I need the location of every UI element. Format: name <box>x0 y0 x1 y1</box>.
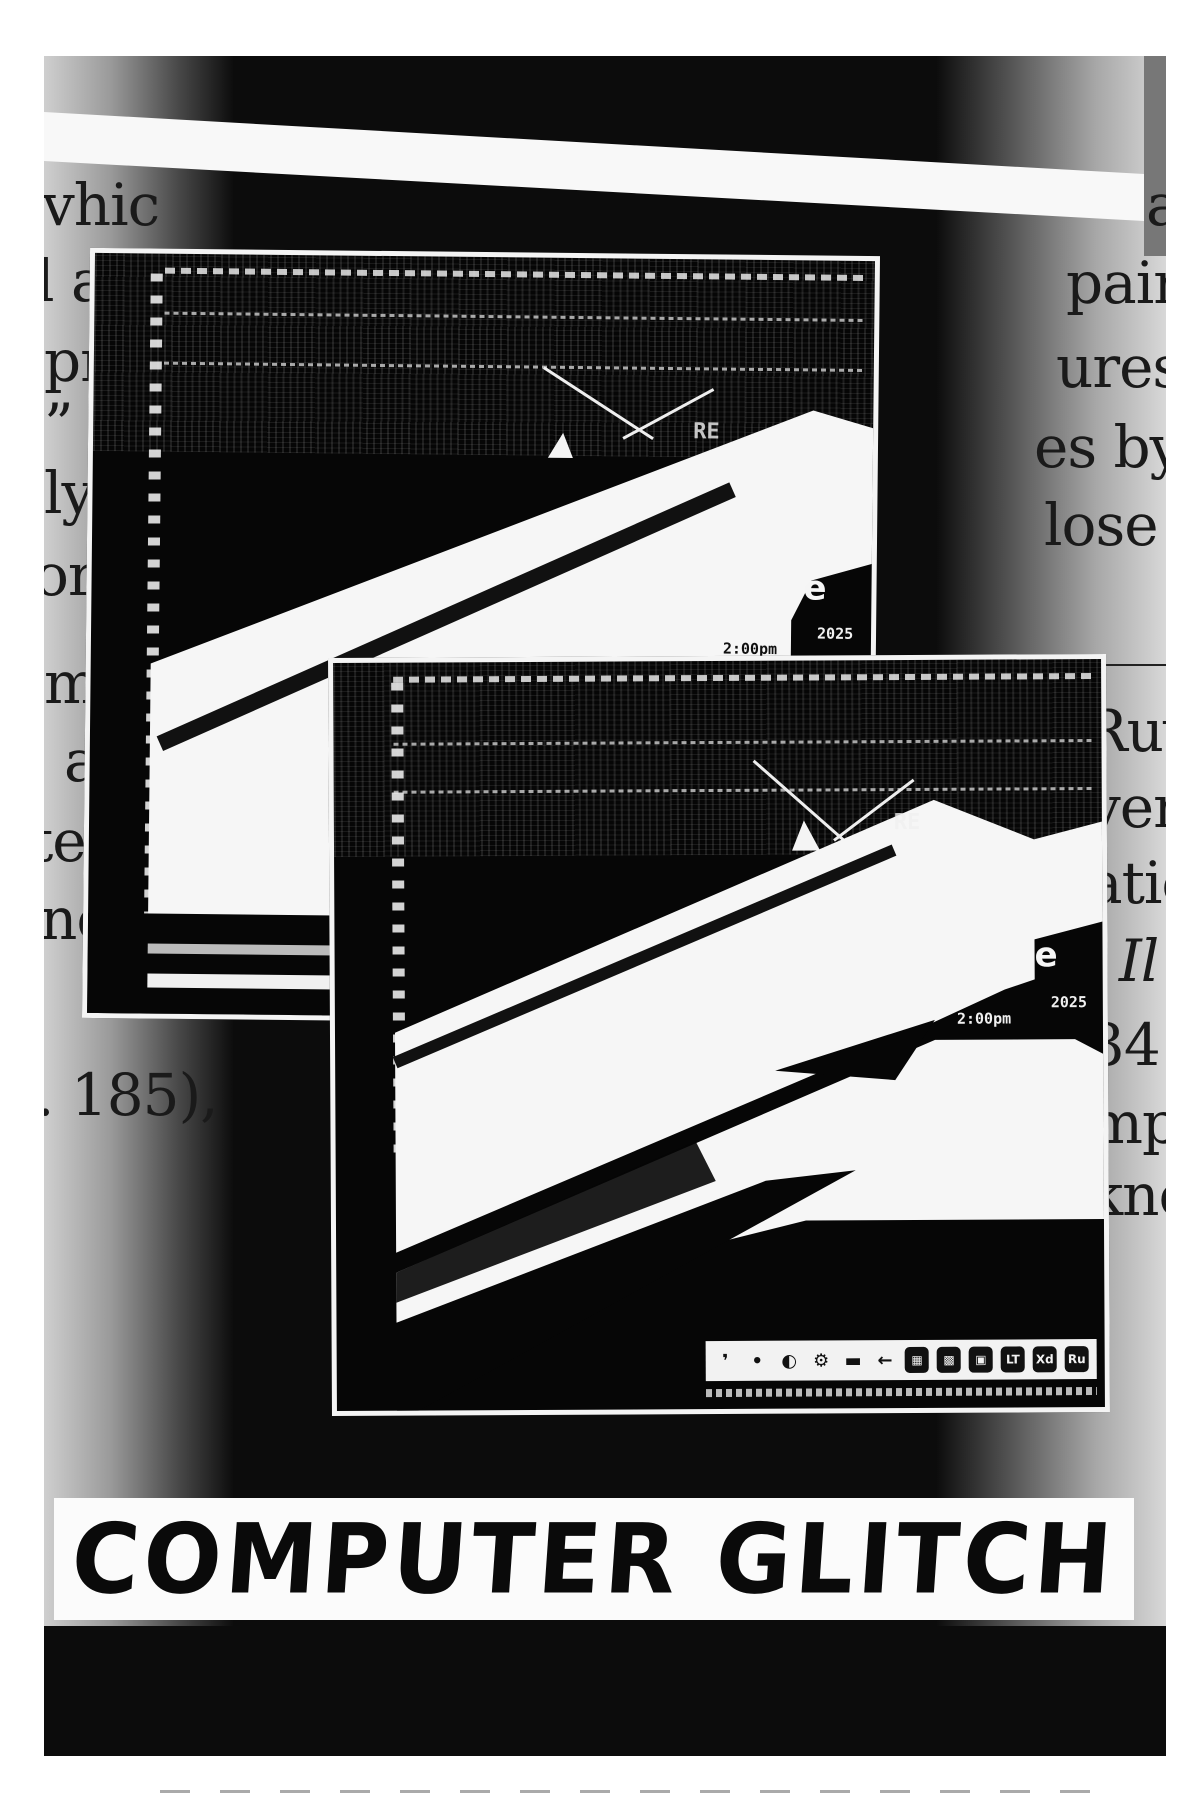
bg-text-fragment: vhic <box>44 176 159 234</box>
bg-text-fragment: ” <box>44 396 73 454</box>
bg-text-fragment: pain <box>1066 254 1166 312</box>
heading-fragment: RE <box>894 810 921 835</box>
app-icon[interactable]: LT <box>1001 1346 1025 1372</box>
app-icon[interactable]: Xd <box>1033 1346 1057 1372</box>
bg-text-fragment: . 185), <box>44 1066 218 1124</box>
arrow-icon[interactable]: ← <box>873 1347 897 1373</box>
file-icon[interactable]: ❜ <box>713 1348 737 1374</box>
taskbar: ❜ • ◐ ⚙ ▬ ← ▦ ▩ ▣ LT Xd Ru <box>705 1339 1097 1381</box>
overlay-letter: e <box>803 568 826 608</box>
settings-icon[interactable]: ⚙ <box>809 1347 833 1373</box>
overlay-letter: e <box>1034 935 1057 975</box>
bg-text-fragment: lose o <box>1044 496 1166 554</box>
bottom-band <box>44 1626 1166 1756</box>
search-icon[interactable]: • <box>745 1348 769 1374</box>
date-text: 2025 <box>1051 993 1087 1011</box>
bottom-edge-fuzz <box>160 1790 1120 1793</box>
browser-icon[interactable]: ◐ <box>777 1348 801 1374</box>
cover-title: COMPUTER GLITCH <box>68 1503 1119 1615</box>
app-icon[interactable]: Ru <box>1065 1346 1089 1372</box>
app-icon[interactable]: ▩ <box>937 1347 961 1373</box>
bg-text-fragment: ures a <box>1056 338 1166 396</box>
bg-text-fragment: es by C <box>1034 418 1166 476</box>
folder-icon[interactable]: ▬ <box>841 1347 865 1373</box>
screenshot-frame-front: e 2025 2:00pm RE ❜ • ◐ ⚙ ▬ ← ▦ ▩ ▣ LT Xd… <box>328 654 1110 1416</box>
app-icon[interactable]: ▦ <box>905 1347 929 1373</box>
date-text: 2025 <box>817 625 853 643</box>
bg-text-fragment: a <box>1146 176 1166 234</box>
title-strip: COMPUTER GLITCH <box>54 1498 1134 1620</box>
app-icon[interactable]: ▣ <box>969 1347 993 1373</box>
time-text: 2:00pm <box>957 1009 1011 1027</box>
heading-fragment: RE <box>693 419 720 444</box>
white-diagonal-shape <box>333 659 1110 1416</box>
bg-text-fragment: ly <box>44 464 93 522</box>
